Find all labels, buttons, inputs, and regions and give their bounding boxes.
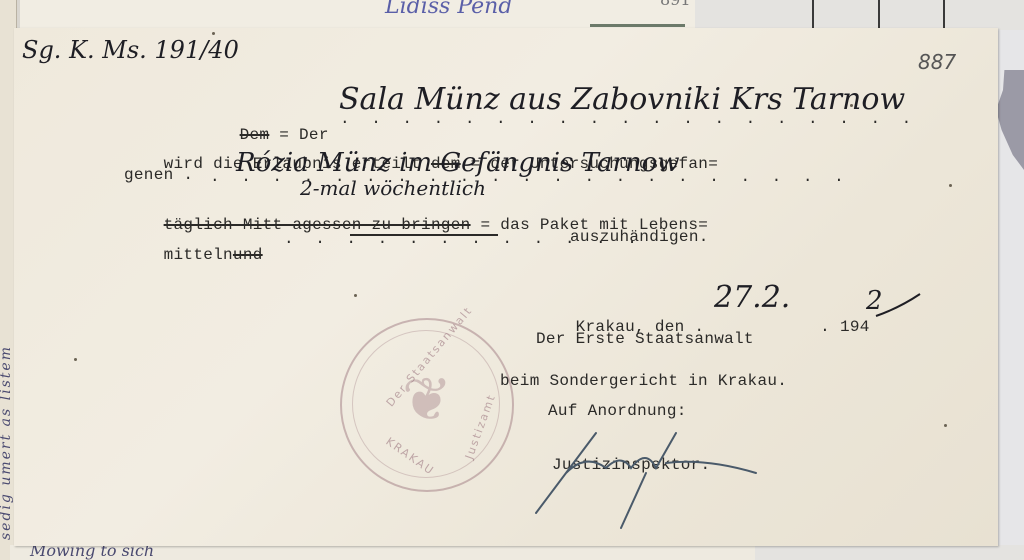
ledger-line [878,0,880,30]
ledger-line [812,0,814,30]
typed-year: . 194 [810,318,869,336]
document-paper: Sg. K. Ms. 191/40 887 Dem = Der . . . . … [14,28,998,546]
reference-number: Sg. K. Ms. 191/40 [22,36,239,64]
handwritten-date: 27.2. [714,280,790,315]
speck [949,184,952,187]
speck [212,32,215,35]
bottom-underlying-sheet: Mowing to sich [10,545,1024,560]
speck [354,294,357,297]
bottom-ledger-fragment [755,545,1024,560]
underlying-green-rule [590,24,685,27]
speck [74,358,77,361]
page-number: 887 [918,50,956,74]
eagle-emblem-icon: ❦ [392,360,462,440]
handwritten-name-rozia: Rózia Münz im Gefängnis Tarnow [236,148,680,178]
struck-und: und [233,246,263,264]
line-3: genen . [124,166,203,184]
line-5: mittelnund [124,228,263,282]
flourish-stroke [874,290,924,320]
typed-text: mitteln [164,246,233,264]
handwritten-frequency: 2-mal wöchentlich [300,176,486,200]
handwritten-name-sala: Sala Münz aus Zabovniki Krs Tarnow [339,82,905,117]
signature-line-1: Der Erste Staatsanwalt [536,330,754,348]
signature-line-2: beim Sondergericht in Krakau. [500,372,787,390]
official-stamp: ❦ Der Staatsanwalt KRAKAU Justizamt [340,318,514,492]
underlying-ledger-sheet [695,0,1024,30]
handwritten-signature [526,413,786,533]
ledger-line [943,0,945,30]
underlying-handwriting: Lidiss Pend [385,0,512,19]
speck [944,424,947,427]
underlying-sheet-top: Lidiss Pend 891 [20,0,700,30]
typed-auszuhandigen: auszuhändigen. [570,228,709,246]
underlying-page-number: 891 [660,0,691,9]
